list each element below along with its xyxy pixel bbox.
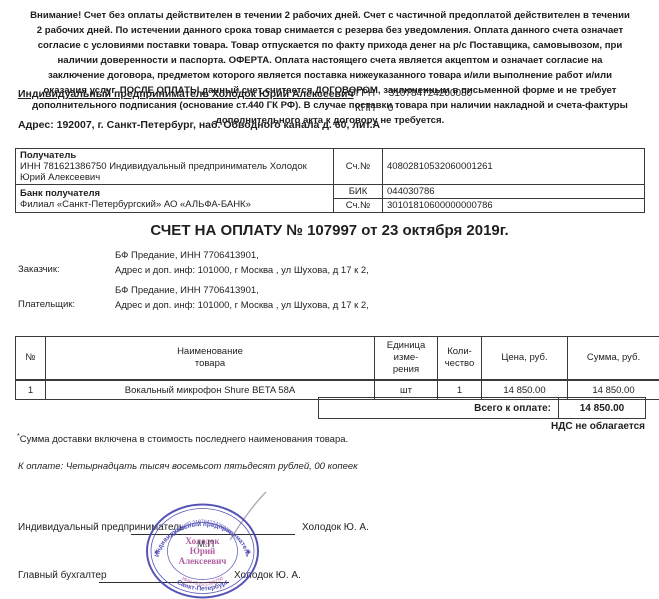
star-icon: ✱: [246, 549, 251, 556]
payer-details: БФ Предание, ИНН 7706413901, Адрес и доп…: [115, 284, 618, 313]
bank-details-table: Получатель ИНН 781621386750 Индивидуальн…: [15, 148, 645, 213]
header-name: Наименование товара: [46, 337, 375, 381]
kpp-row: КПП 0: [348, 101, 472, 116]
total-row: Всего к оплате: 14 850.00: [318, 397, 646, 419]
accountant-signature-label: Главный бухгалтер: [18, 570, 107, 581]
items-header-row: № Наименование товара Единица изме- рени…: [16, 337, 659, 381]
offer-warning-text: Внимание! Счет без оплаты действителен в…: [28, 8, 632, 128]
header-unit: Единица изме- рения: [375, 337, 438, 381]
header-sum: Сумма, руб.: [568, 337, 659, 381]
amount-in-words: К оплате: Четырнадцать тысяч восемьсот п…: [18, 461, 358, 472]
recipient-label: Получатель: [20, 150, 329, 161]
ogrn-row: ОГРН 310784724200080: [348, 86, 472, 101]
kpp-value: 0: [388, 103, 394, 114]
payer-block: Плательщик: БФ Предание, ИНН 7706413901,…: [18, 284, 618, 313]
invoice-document: Внимание! Счет без оплаты действителен в…: [0, 0, 659, 599]
ogrn-label: ОГРН: [348, 86, 386, 101]
payer-line1: БФ Предание, ИНН 7706413901,: [115, 284, 618, 299]
customer-label: Заказчик:: [18, 263, 60, 278]
invoice-title: СЧЕТ НА ОПЛАТУ № 107997 от 23 октября 20…: [0, 222, 659, 239]
header-num: №: [16, 337, 46, 381]
entrepreneur-signature-name: Холодок Ю. А.: [302, 522, 369, 533]
item-num: 1: [16, 380, 46, 400]
customer-line2: Адрес и доп. инф: 101000, г Москва , ул …: [115, 264, 618, 279]
seller-name-title: Индивидуальный предприниматель Холодок Ю…: [18, 88, 354, 100]
star-icon: ✱: [154, 549, 159, 556]
delivery-footnote: *Сумма доставки включена в стоимость пос…: [17, 433, 348, 445]
recipient-text: ИНН 781621386750 Индивидуальный предприн…: [20, 161, 329, 183]
total-value: 14 850.00: [558, 398, 645, 418]
bank-label: Банк получателя: [20, 188, 329, 199]
bik-value: 044030786: [383, 185, 645, 199]
payer-line2: Адрес и доп. инф: 101000, г Москва , ул …: [115, 299, 618, 314]
round-stamp: Индивидуальный предприниматель ОГРНИП 31…: [145, 503, 260, 599]
header-price: Цена, руб.: [482, 337, 568, 381]
customer-block: Заказчик: БФ Предание, ИНН 7706413901, А…: [18, 249, 618, 278]
bank-cell: Банк получателя Филиал «Санкт-Петербургс…: [16, 185, 334, 213]
corr-account-value: 30101810600000000786: [383, 199, 645, 213]
total-label: Всего к оплате:: [319, 403, 558, 414]
customer-details: БФ Предание, ИНН 7706413901, Адрес и доп…: [115, 249, 618, 278]
vat-note: НДС не облагается: [0, 421, 645, 432]
stamp-name-line3: Алексеевич: [179, 556, 227, 566]
corr-account-label: Сч.№: [334, 199, 383, 213]
mp-seal-placeholder: М.П: [197, 539, 214, 550]
ogrn-value: 310784724200080: [389, 88, 472, 99]
customer-line1: БФ Предание, ИНН 7706413901,: [115, 249, 618, 264]
items-table: № Наименование товара Единица изме- рени…: [15, 336, 659, 400]
account-label: Сч.№: [334, 149, 383, 185]
bik-label: БИК: [334, 185, 383, 199]
kpp-label: КПП: [355, 101, 385, 116]
account-value: 40802810532060001261: [383, 149, 645, 185]
header-qty: Коли- чество: [438, 337, 482, 381]
table-row: Банк получателя Филиал «Санкт-Петербургс…: [16, 185, 645, 199]
table-row: Получатель ИНН 781621386750 Индивидуальн…: [16, 149, 645, 185]
registration-numbers: ОГРН 310784724200080 КПП 0: [348, 86, 472, 116]
recipient-cell: Получатель ИНН 781621386750 Индивидуальн…: [16, 149, 334, 185]
payer-label: Плательщик:: [18, 298, 75, 313]
seller-address: Адрес: 192007, г. Санкт-Петербург, наб. …: [18, 119, 380, 131]
bank-name: Филиал «Санкт-Петербургский» АО «АЛЬФА-Б…: [20, 199, 329, 210]
footnote-text: Сумма доставки включена в стоимость посл…: [20, 434, 348, 445]
